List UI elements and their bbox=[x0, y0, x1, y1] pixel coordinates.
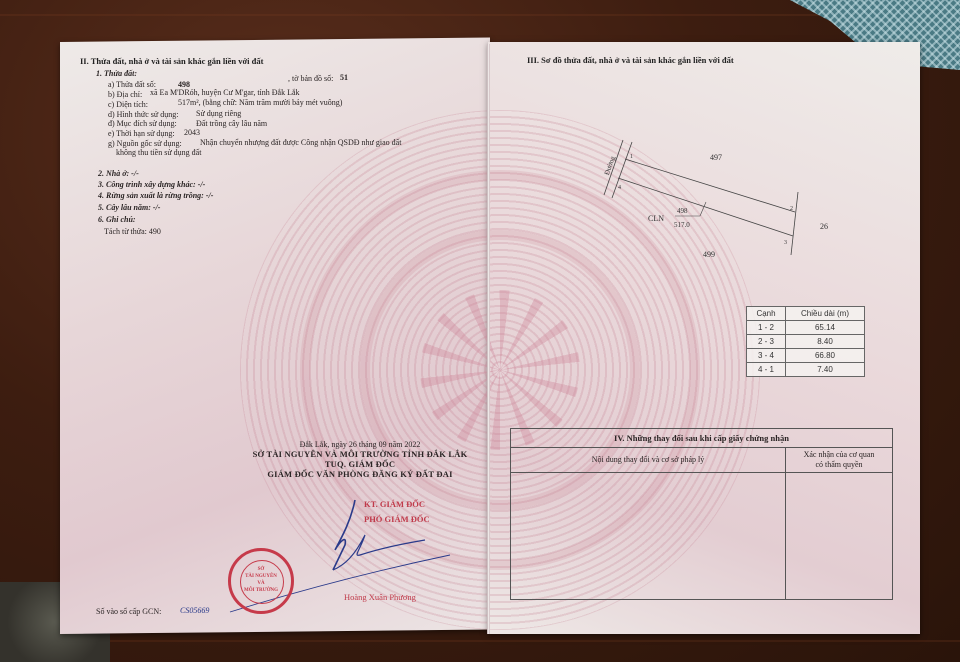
notes-heading: 6. Ghi chú: bbox=[98, 215, 136, 224]
official-seal: SỞ TÀI NGUYÊN VÀ MÔI TRƯỜNG bbox=[228, 548, 294, 614]
address-label: b) Địa chỉ: bbox=[108, 90, 142, 99]
map-sheet-label: , tờ bản đồ số: bbox=[288, 74, 333, 83]
term: 2043 bbox=[184, 128, 200, 137]
issuer-line1: SỞ TÀI NGUYÊN VÀ MÔI TRƯỜNG TỈNH ĐẮK LẮK bbox=[220, 449, 500, 459]
neighbor-east: 26 bbox=[820, 222, 828, 231]
neighbor-south: 499 bbox=[703, 250, 715, 259]
changes-col-content: Nội dung thay đổi và cơ sở pháp lý bbox=[511, 448, 786, 472]
parcel-number: 498 bbox=[677, 207, 688, 215]
section-ii-title: II. Thửa đất, nhà ở và tài sản khác gắn … bbox=[80, 56, 263, 66]
table-row: 3 - 466.80 bbox=[747, 349, 865, 363]
changes-confirmation-cell bbox=[786, 473, 892, 599]
road-label: Đường bbox=[603, 155, 617, 177]
table-row: 4 - 17.40 bbox=[747, 363, 865, 377]
house-item: 2. Nhà ở: -/- bbox=[98, 169, 139, 178]
origin-label: g) Nguồn gốc sử dụng: bbox=[108, 139, 182, 148]
svg-text:2: 2 bbox=[790, 206, 793, 212]
date-line: Đắk Lắk, ngày 26 tháng 09 năm 2022 bbox=[220, 440, 500, 449]
origin-line1: Nhận chuyển nhượng đất được Công nhận QS… bbox=[200, 138, 401, 147]
area: 517m², (bằng chữ: Năm trăm mười bảy mét … bbox=[178, 98, 342, 107]
parcel-area: 517.0 bbox=[674, 221, 690, 229]
map-sheet-no: 51 bbox=[340, 73, 348, 82]
parcel-heading: 1. Thửa đất: bbox=[96, 69, 137, 78]
perennial-trees-item: 5. Cây lâu năm: -/- bbox=[98, 203, 160, 212]
svg-text:3: 3 bbox=[784, 240, 787, 246]
changes-table: IV. Những thay đổi sau khi cấp giấy chứn… bbox=[510, 428, 893, 600]
table-row: 2 - 38.40 bbox=[747, 335, 865, 349]
changes-title: IV. Những thay đổi sau khi cấp giấy chứn… bbox=[511, 429, 892, 448]
section-iii-title: III. Sơ đồ thửa đất, nhà ở và tài sản kh… bbox=[527, 55, 734, 65]
changes-content-cell bbox=[511, 473, 786, 599]
use-purpose: Đất trồng cây lâu năm bbox=[196, 119, 267, 128]
changes-col-confirmation: Xác nhận của cơ quan có thẩm quyền bbox=[786, 448, 892, 472]
area-label: c) Diện tích: bbox=[108, 100, 148, 109]
parcel-no-label: a) Thửa đất số: bbox=[108, 80, 156, 89]
notes: Tách từ thửa: 490 bbox=[104, 227, 161, 236]
registry-no: CS05669 bbox=[180, 606, 209, 615]
svg-text:1: 1 bbox=[630, 154, 633, 160]
signature-block: Đắk Lắk, ngày 26 tháng 09 năm 2022 SỞ TÀ… bbox=[220, 440, 500, 479]
signer-name: Hoàng Xuân Phương bbox=[344, 592, 416, 602]
neighbor-north: 497 bbox=[710, 153, 722, 162]
planted-forest-item: 4. Rừng sản xuất là rừng trồng: -/- bbox=[98, 191, 213, 200]
svg-text:4: 4 bbox=[618, 185, 621, 191]
term-label: e) Thời hạn sử dụng: bbox=[108, 129, 175, 138]
registry-label: Số vào sổ cấp GCN: bbox=[96, 607, 161, 616]
issuer-line3: GIÁM ĐỐC VĂN PHÒNG ĐĂNG KÝ ĐẤT ĐAI bbox=[220, 469, 500, 479]
issuer-line2: TUQ. GIÁM ĐỐC bbox=[220, 459, 500, 469]
wood-grain bbox=[0, 640, 960, 642]
use-form-label: d) Hình thức sử dụng: bbox=[108, 110, 178, 119]
land-type: CLN bbox=[648, 214, 664, 223]
other-construction-item: 3. Công trình xây dựng khác: -/- bbox=[98, 180, 205, 189]
edge-length-table: Cạnh Chiều dài (m) 1 - 265.14 2 - 38.40 … bbox=[746, 306, 865, 377]
drum-star-icon bbox=[420, 290, 580, 450]
book-spine bbox=[487, 44, 490, 634]
use-form: Sử dụng riêng bbox=[196, 109, 241, 118]
table-row: 1 - 265.14 bbox=[747, 321, 865, 335]
address: xã Ea M'DRóh, huyện Cư M'gar, tỉnh Đắk L… bbox=[150, 88, 300, 97]
origin-line2: không thu tiền sử dụng đất bbox=[116, 148, 201, 157]
wood-grain bbox=[0, 14, 960, 16]
use-purpose-label: đ) Mục đích sử dụng: bbox=[108, 119, 177, 128]
parcel-diagram: Đường 1 2 3 4 497 26 499 CLN 498 517.0 bbox=[590, 130, 850, 270]
